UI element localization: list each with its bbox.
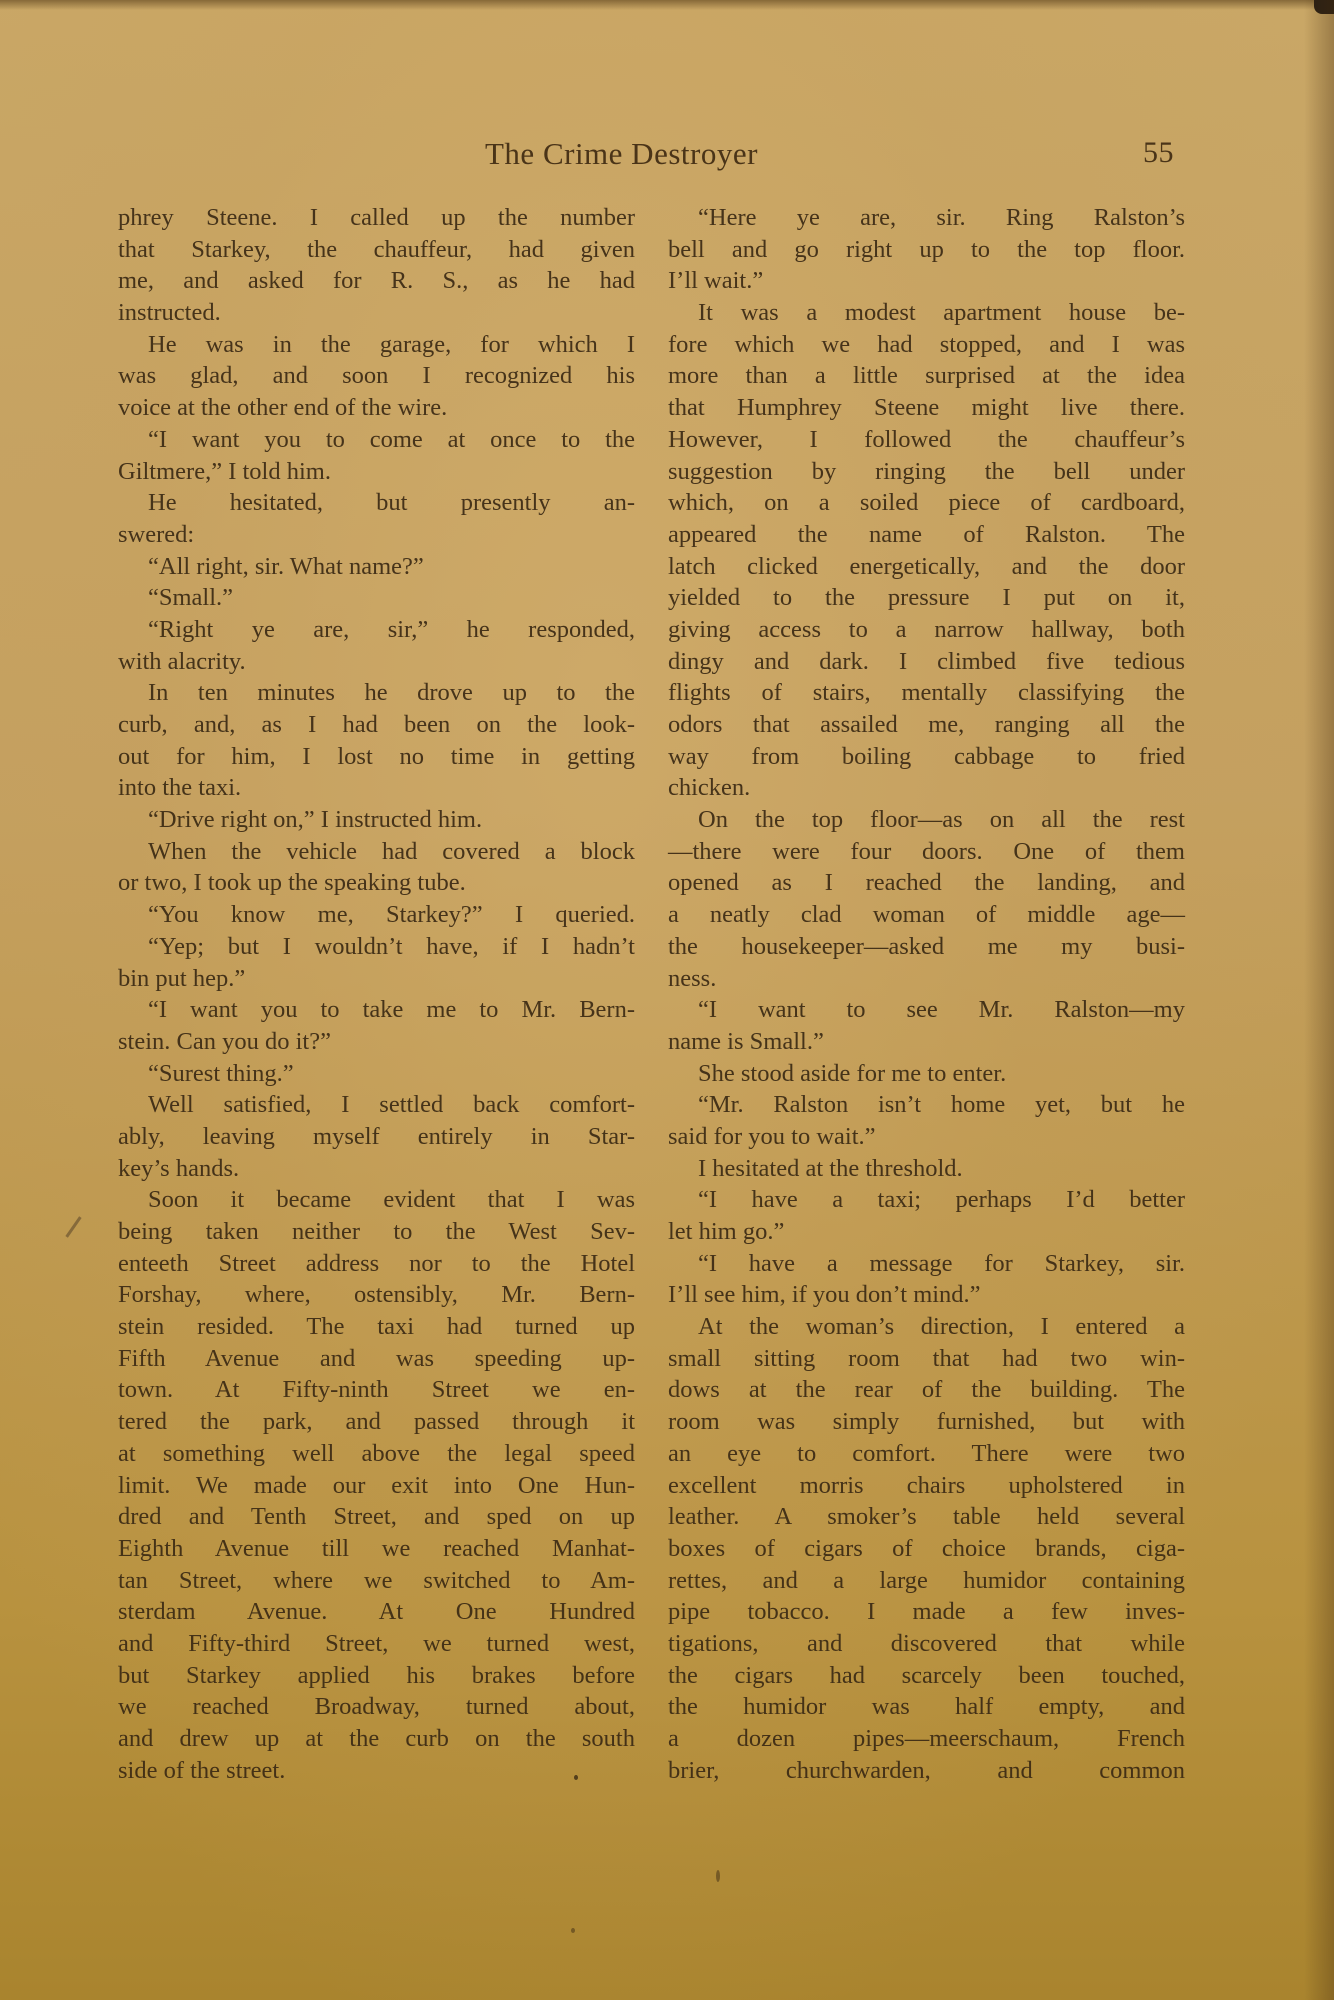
text-line: “I have a message for Starkey, sir. bbox=[668, 1248, 1185, 1280]
text-line: room was simply furnished, but with bbox=[668, 1406, 1185, 1438]
text-line: the housekeeper—asked me my busi- bbox=[668, 931, 1185, 963]
text-line: “Surest thing.” bbox=[118, 1058, 635, 1090]
text-line: into the taxi. bbox=[118, 772, 635, 804]
text-line: tigations, and discovered that while bbox=[668, 1628, 1185, 1660]
text-line: being taken neither to the West Sev- bbox=[118, 1216, 635, 1248]
text-line: dingy and dark. I climbed five tedious bbox=[668, 646, 1185, 678]
text-line: Fifth Avenue and was speeding up- bbox=[118, 1343, 635, 1375]
text-line: “Drive right on,” I instructed him. bbox=[118, 804, 635, 836]
text-line: “All right, sir. What name?” bbox=[118, 551, 635, 583]
text-column-left: phrey Steene. I called up the numberthat… bbox=[118, 202, 635, 1786]
text-line: I’ll see him, if you don’t mind.” bbox=[668, 1279, 1185, 1311]
text-line: “I want to see Mr. Ralston—my bbox=[668, 994, 1185, 1026]
text-line: limit. We made our exit into One Hun- bbox=[118, 1470, 635, 1502]
running-title: The Crime Destroyer bbox=[485, 136, 758, 172]
text-line: curb, and, as I had been on the look- bbox=[118, 709, 635, 741]
text-line: ness. bbox=[668, 963, 1185, 995]
text-line: suggestion by ringing the bell under bbox=[668, 456, 1185, 488]
text-line: out for him, I lost no time in getting bbox=[118, 741, 635, 773]
text-line: yielded to the pressure I put on it, bbox=[668, 582, 1185, 614]
text-line: phrey Steene. I called up the number bbox=[118, 202, 635, 234]
text-line: bin put hep.” bbox=[118, 963, 635, 995]
text-line: small sitting room that had two win- bbox=[668, 1343, 1185, 1375]
text-line: enteeth Street address nor to the Hotel bbox=[118, 1248, 635, 1280]
text-line: “Small.” bbox=[118, 582, 635, 614]
text-line: stein resided. The taxi had turned up bbox=[118, 1311, 635, 1343]
text-line: said for you to wait.” bbox=[668, 1121, 1185, 1153]
ink-speck bbox=[571, 1928, 575, 1933]
text-line: At the woman’s direction, I entered a bbox=[668, 1311, 1185, 1343]
text-line: was glad, and soon I recognized his bbox=[118, 360, 635, 392]
text-line: that Humphrey Steene might live there. bbox=[668, 392, 1185, 424]
text-line: It was a modest apartment house be- bbox=[668, 297, 1185, 329]
text-line: “Right ye are, sir,” he responded, bbox=[118, 614, 635, 646]
text-line: name is Small.” bbox=[668, 1026, 1185, 1058]
text-line: a dozen pipes—meerschaum, French bbox=[668, 1723, 1185, 1755]
text-line: me, and asked for R. S., as he had bbox=[118, 265, 635, 297]
ink-speck bbox=[574, 1775, 578, 1780]
text-line: bell and go right up to the top floor. bbox=[668, 234, 1185, 266]
text-line: leather. A smoker’s table held several bbox=[668, 1501, 1185, 1533]
text-line: which, on a soiled piece of cardboard, bbox=[668, 487, 1185, 519]
text-line: On the top floor—as on all the rest bbox=[668, 804, 1185, 836]
text-line: In ten minutes he drove up to the bbox=[118, 677, 635, 709]
text-line: dred and Tenth Street, and sped on up bbox=[118, 1501, 635, 1533]
text-line: Eighth Avenue till we reached Manhat- bbox=[118, 1533, 635, 1565]
text-column-right: “Here ye are, sir. Ring Ralston’sbell an… bbox=[668, 202, 1185, 1786]
text-line: She stood aside for me to enter. bbox=[668, 1058, 1185, 1090]
page-number: 55 bbox=[1143, 136, 1174, 170]
text-line: we reached Broadway, turned about, bbox=[118, 1691, 635, 1723]
text-line: and Fifty-third Street, we turned west, bbox=[118, 1628, 635, 1660]
text-line: “You know me, Starkey?” I queried. bbox=[118, 899, 635, 931]
text-line: “I want you to come at once to the bbox=[118, 424, 635, 456]
text-line: When the vehicle had covered a block bbox=[118, 836, 635, 868]
text-line: tan Street, where we switched to Am- bbox=[118, 1565, 635, 1597]
text-line: but Starkey applied his brakes before bbox=[118, 1660, 635, 1692]
text-line: appeared the name of Ralston. The bbox=[668, 519, 1185, 551]
text-line: opened as I reached the landing, and bbox=[668, 867, 1185, 899]
text-line: the cigars had scarcely been touched, bbox=[668, 1660, 1185, 1692]
text-line: Well satisfied, I settled back comfort- bbox=[118, 1089, 635, 1121]
text-line: Forshay, where, ostensibly, Mr. Bern- bbox=[118, 1279, 635, 1311]
text-line: “Here ye are, sir. Ring Ralston’s bbox=[668, 202, 1185, 234]
text-line: instructed. bbox=[118, 297, 635, 329]
text-line: I’ll wait.” bbox=[668, 265, 1185, 297]
text-line: and drew up at the curb on the south bbox=[118, 1723, 635, 1755]
text-line: more than a little surprised at the idea bbox=[668, 360, 1185, 392]
text-line: a neatly clad woman of middle age— bbox=[668, 899, 1185, 931]
text-line: giving access to a narrow hallway, both bbox=[668, 614, 1185, 646]
text-line: voice at the other end of the wire. bbox=[118, 392, 635, 424]
text-line: “Yep; but I wouldn’t have, if I hadn’t bbox=[118, 931, 635, 963]
text-line: Soon it became evident that I was bbox=[118, 1184, 635, 1216]
text-line: stein. Can you do it?” bbox=[118, 1026, 635, 1058]
text-line: tered the park, and passed through it bbox=[118, 1406, 635, 1438]
text-line: “Mr. Ralston isn’t home yet, but he bbox=[668, 1089, 1185, 1121]
text-line: latch clicked energetically, and the doo… bbox=[668, 551, 1185, 583]
text-line: side of the street. bbox=[118, 1755, 635, 1787]
text-line: —there were four doors. One of them bbox=[668, 836, 1185, 868]
page-corner-shadow bbox=[1314, 0, 1334, 14]
text-line: sterdam Avenue. At One Hundred bbox=[118, 1596, 635, 1628]
text-line: key’s hands. bbox=[118, 1153, 635, 1185]
book-page: The Crime Destroyer 55 phrey Steene. I c… bbox=[0, 0, 1334, 2000]
text-line: odors that assailed me, ranging all the bbox=[668, 709, 1185, 741]
text-line: I hesitated at the threshold. bbox=[668, 1153, 1185, 1185]
text-line: Giltmere,” I told him. bbox=[118, 456, 635, 488]
text-line: that Starkey, the chauffeur, had given bbox=[118, 234, 635, 266]
text-line: brier, churchwarden, and common bbox=[668, 1755, 1185, 1787]
text-line: with alacrity. bbox=[118, 646, 635, 678]
text-line: “I have a taxi; perhaps I’d better bbox=[668, 1184, 1185, 1216]
text-line: swered: bbox=[118, 519, 635, 551]
text-line: rettes, and a large humidor containing bbox=[668, 1565, 1185, 1597]
text-line: He was in the garage, for which I bbox=[118, 329, 635, 361]
text-line: excellent morris chairs upholstered in bbox=[668, 1470, 1185, 1502]
text-line: fore which we had stopped, and I was bbox=[668, 329, 1185, 361]
text-line: However, I followed the chauffeur’s bbox=[668, 424, 1185, 456]
text-line: pipe tobacco. I made a few inves- bbox=[668, 1596, 1185, 1628]
text-line: town. At Fifty-ninth Street we en- bbox=[118, 1374, 635, 1406]
text-line: or two, I took up the speaking tube. bbox=[118, 867, 635, 899]
text-line: boxes of cigars of choice brands, ciga- bbox=[668, 1533, 1185, 1565]
pencil-mark bbox=[65, 1216, 81, 1237]
text-line: at something well above the legal speed bbox=[118, 1438, 635, 1470]
text-line: dows at the rear of the building. The bbox=[668, 1374, 1185, 1406]
text-line: flights of stairs, mentally classifying … bbox=[668, 677, 1185, 709]
text-line: He hesitated, but presently an- bbox=[118, 487, 635, 519]
text-line: chicken. bbox=[668, 772, 1185, 804]
text-line: ably, leaving myself entirely in Star- bbox=[118, 1121, 635, 1153]
text-line: an eye to comfort. There were two bbox=[668, 1438, 1185, 1470]
text-line: “I want you to take me to Mr. Bern- bbox=[118, 994, 635, 1026]
text-line: the humidor was half empty, and bbox=[668, 1691, 1185, 1723]
text-line: way from boiling cabbage to fried bbox=[668, 741, 1185, 773]
ink-speck bbox=[716, 1870, 720, 1882]
text-line: let him go.” bbox=[668, 1216, 1185, 1248]
